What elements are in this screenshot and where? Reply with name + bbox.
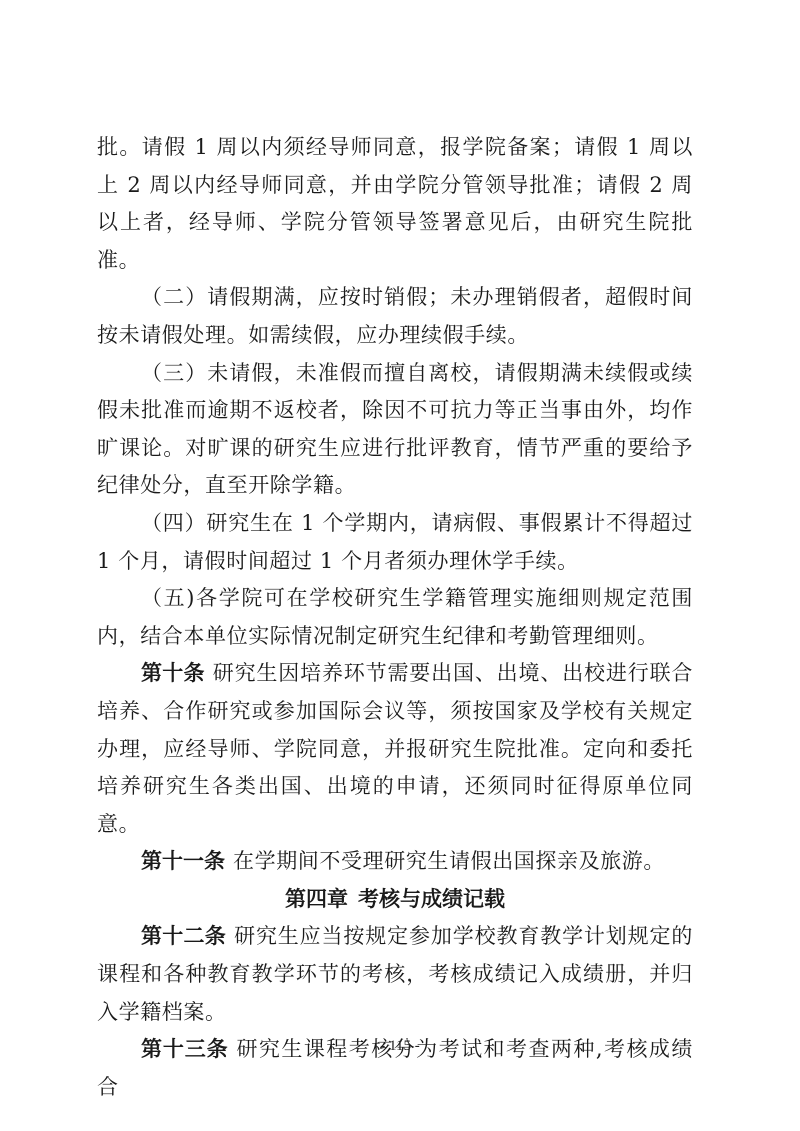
paragraph-text: （五)各学院可在学校研究生学籍管理实施细则规定范围内，结合本单位实际情况制定研究… bbox=[97, 586, 693, 648]
paragraph-article-11: 第十一条在学期间不受理研究生请假出国探亲及旅游。 bbox=[97, 843, 693, 881]
paragraph-item-3: （三）未请假，未准假而擅自离校，请假期满未续假或续假未批准而逾期不返校者，除因不… bbox=[97, 355, 693, 505]
chapter-number: 第四章 bbox=[285, 887, 348, 911]
paragraph-text: （四）研究生在 1 个学期内，请病假、事假累计不得超过 1 个月，请假时间超过 … bbox=[97, 511, 693, 573]
paragraph-text: 批。请假 1 周以内须经导师同意，报学院备案；请假 1 周以上 2 周以内经导师… bbox=[97, 135, 693, 272]
paragraph-leave-approval-continued: 批。请假 1 周以内须经导师同意，报学院备案；请假 1 周以上 2 周以内经导师… bbox=[97, 129, 693, 279]
paragraph-item-4: （四）研究生在 1 个学期内，请病假、事假累计不得超过 1 个月，请假时间超过 … bbox=[97, 505, 693, 580]
paragraph-item-5: （五)各学院可在学校研究生学籍管理实施细则规定范围内，结合本单位实际情况制定研究… bbox=[97, 580, 693, 655]
paragraph-article-12: 第十二条研究生应当按规定参加学校教育教学计划规定的课程和各种教育教学环节的考核，… bbox=[97, 918, 693, 1031]
paragraph-text: （三）未请假，未准假而擅自离校，请假期满未续假或续假未批准而逾期不返校者，除因不… bbox=[97, 361, 693, 498]
chapter-heading: 第四章考核与成绩记载 bbox=[97, 881, 693, 919]
article-label: 第十二条 bbox=[141, 924, 226, 948]
paragraph-text: 在学期间不受理研究生请假出国探亲及旅游。 bbox=[233, 849, 665, 873]
chapter-title: 考核与成绩记载 bbox=[358, 887, 505, 911]
paragraph-item-2: （二）请假期满，应按时销假；未办理销假者，超假时间按未请假处理。如需续假，应办理… bbox=[97, 279, 693, 354]
paragraph-text: 研究生因培养环节需要出国、出境、出校进行联合培养、合作研究或参加国际会议等，须按… bbox=[97, 661, 693, 835]
document-page-body: 批。请假 1 周以内须经导师同意，报学院备案；请假 1 周以上 2 周以内经导师… bbox=[97, 129, 693, 1106]
article-label: 第十条 bbox=[141, 661, 205, 685]
page-number: - 115 - bbox=[0, 1038, 800, 1055]
paragraph-text: （二）请假期满，应按时销假；未办理销假者，超假时间按未请假处理。如需续假，应办理… bbox=[97, 285, 693, 347]
paragraph-article-10: 第十条研究生因培养环节需要出国、出境、出校进行联合培养、合作研究或参加国际会议等… bbox=[97, 655, 693, 843]
article-label: 第十一条 bbox=[141, 849, 225, 873]
